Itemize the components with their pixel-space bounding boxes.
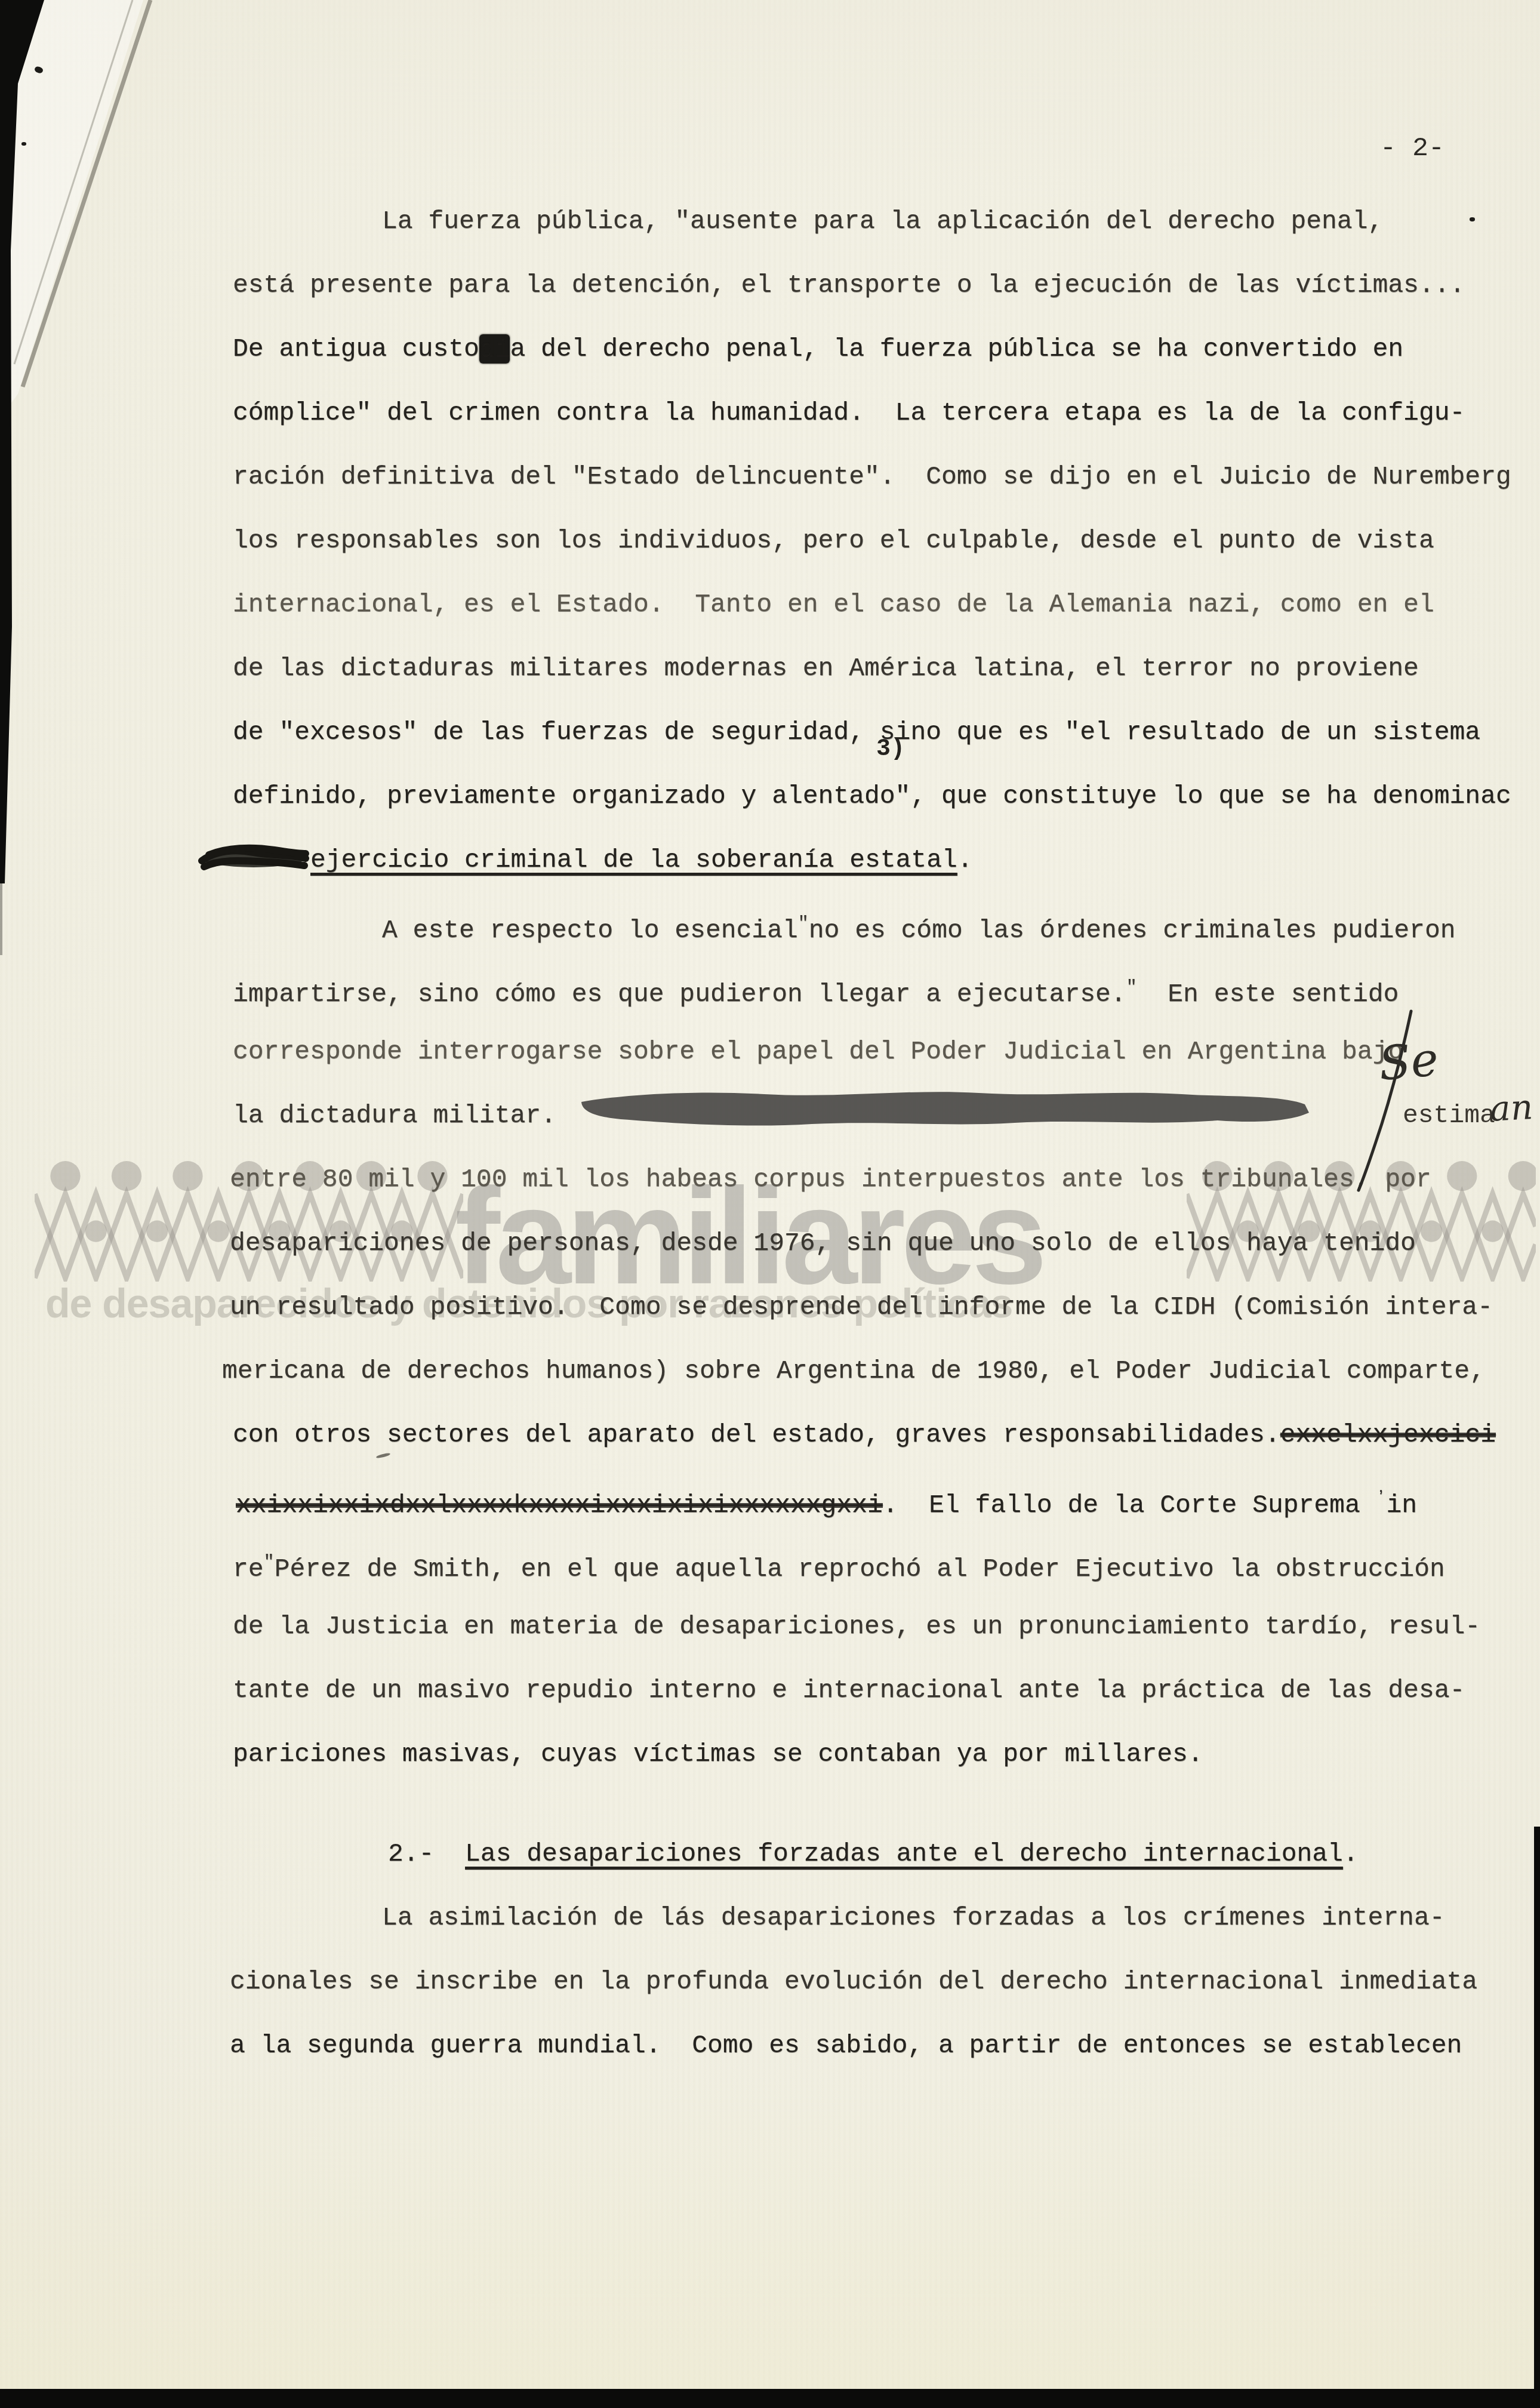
text-segment: " [798,914,809,934]
text-segment: corresponde interrogarse sobre el papel … [233,1037,1403,1066]
redaction-strike [573,1085,1313,1137]
typed-line-8: de las dictaduras militares modernas en … [233,653,1419,684]
scanned-page: { "document": { "page_number": "- 2-", "… [0,0,1540,2408]
text-segment: ración definitiva del "Estado delincuent… [233,462,1511,491]
text-segment: de las dictaduras militares modernas en … [233,654,1419,683]
text-segment: impartirse, sino cómo es que pudieron ll… [233,980,1126,1009]
text-segment: está presente para la detención, el tran… [233,270,1465,300]
typed-line-13: impartirse, sino cómo es que pudieron ll… [233,972,1399,1010]
text-segment: re [233,1554,264,1584]
typed-line-22: re"Pérez de Smith, en el que aquella rep… [233,1547,1445,1585]
text-segment: . [957,845,973,874]
page-number: - 2- [1380,135,1444,162]
text-segment: " [1126,978,1137,998]
typed-line-4: cómplice" del crimen contra la humanidad… [233,398,1465,429]
text-segment: mericana de derechos humanos) sobre Arge… [222,1356,1485,1385]
text-segment: La fuerza pública, "ausente para la apli… [382,207,1383,236]
typed-line-3: De antigua custodia del derecho penal, l… [233,334,1403,365]
typed-line-12: A este respecto lo esencial"no es cómo l… [382,909,1456,946]
typed-line-20: con otros sectores del aparato del estad… [233,1419,1496,1451]
text-segment: la dictadura militar. [233,1101,556,1130]
text-segment: los responsables son los individuos, per… [233,526,1434,555]
underlined-text: Las desapariciones forzadas ante el dere… [465,1839,1343,1868]
typed-line-10: definido, previamente organizado y alent… [233,781,1511,812]
text-segment: no es cómo las órdenes criminales pudier… [809,916,1456,945]
text-segment: a la segunda guerra mundial. Como es sab… [230,2031,1462,2060]
handwritten-se: Se [1376,1033,1440,1091]
typed-annotation-estima: estima [1403,1100,1495,1131]
typed-line-15: la dictadura militar. [233,1100,556,1131]
typed-line-24: tante de un masivo repudio interno e int… [233,1675,1465,1706]
text-segment: 2.- [388,1839,465,1868]
text-segment: in [1387,1491,1418,1520]
text-segment: de la Justicia en materia de desaparicio… [233,1612,1480,1641]
scribble-strikeout [197,840,310,875]
text-segment: A este respecto lo esencial [382,916,798,945]
typed-line-28: cionales se inscribe en la profunda evol… [230,1966,1477,1997]
scan-edge-bottom [0,2389,1540,2408]
scan-edge-left [0,0,54,955]
text-segment: tante de un masivo repudio interno e int… [233,1676,1465,1705]
text-segment: cómplice" del crimen contra la humanidad… [233,398,1465,427]
typed-line-26: 2.- Las desapariciones forzadas ante el … [388,1839,1359,1870]
text-segment: La asimilación de lás desapariciones for… [382,1903,1445,1932]
text-segment: cionales se inscribe en la profunda evol… [230,1967,1477,1996]
typed-line-16: entre 80 mil y 100 mil los habeas corpus… [230,1164,1431,1195]
text-segment: entre 80 mil y 100 mil los habeas corpus… [230,1165,1431,1194]
typed-line-18: un resultado positivo. Como se desprende… [230,1292,1493,1323]
text-segment: " [264,1553,275,1573]
typed-line-29: a la segunda guerra mundial. Como es sab… [230,2030,1462,2061]
text-segment: pariciones masivas, cuyas víctimas se co… [233,1739,1203,1769]
overtyped-blot: di [479,334,510,364]
handwritten-annotation-suffix: an [1489,1086,1533,1129]
typed-line-17: desapariciones de personas, desde 1976, … [230,1228,1416,1259]
text-segment: un resultado positivo. Como se desprende… [230,1292,1493,1322]
typed-line-19: mericana de derechos humanos) sobre Arge… [222,1356,1485,1387]
typed-line-9: de "excesos" de las fuerzas de seguridad… [233,717,1480,748]
footnote-marker: 3) [876,738,905,762]
typed-line-2: está presente para la detención, el tran… [233,270,1465,301]
text-segment: a del derecho penal, la fuerza pública s… [510,334,1403,364]
text-segment: . El fallo de la Corte Suprema [883,1491,1376,1520]
scan-edge-right [1534,1827,1540,2408]
text-segment: ʼ [1376,1489,1387,1509]
text-segment: . [1343,1839,1359,1868]
typed-line-5: ración definitiva del "Estado delincuent… [233,461,1511,492]
text-segment: De antigua custo [233,334,479,364]
typed-line-14: corresponde interrogarse sobre el papel … [233,1036,1403,1067]
typed-line-25: pariciones masivas, cuyas víctimas se co… [233,1739,1203,1770]
ink-speck [1470,217,1475,221]
text-segment: internacional, es el Estado. Tanto en el… [233,590,1434,619]
text-segment: de "excesos" de las fuerzas de seguridad… [233,718,1480,747]
text-segment: En este sentido [1137,980,1399,1009]
typed-line-7: internacional, es el Estado. Tanto en el… [233,589,1434,620]
struck-text: exxelxxjexcici [1280,1420,1496,1449]
typed-line-1: La fuerza pública, "ausente para la apli… [382,206,1383,237]
typed-line-21: xxixxixxixdxxlxxxxkxxxxixxxixixixxxxxxgx… [236,1483,1417,1521]
text-segment: definido, previamente organizado y alent… [233,781,1511,811]
struck-text: xxixxixxixdxxlxxxxkxxxxixxxixixixxxxxxgx… [236,1491,883,1520]
text-segment: Pérez de Smith, en el que aquella reproc… [275,1554,1445,1584]
typed-line-6: los responsables son los individuos, per… [233,525,1434,556]
typed-line-23: de la Justicia en materia de desaparicio… [233,1611,1480,1642]
text-segment: con otros sectores del aparato del estad… [233,1420,1280,1449]
typed-line-27: La asimilación de lás desapariciones for… [382,1902,1445,1933]
text-segment: desapariciones de personas, desde 1976, … [230,1228,1416,1258]
typed-line-11: ejercicio criminal de la soberanía estat… [310,845,973,876]
underlined-text: ejercicio criminal de la soberanía estat… [310,845,957,874]
